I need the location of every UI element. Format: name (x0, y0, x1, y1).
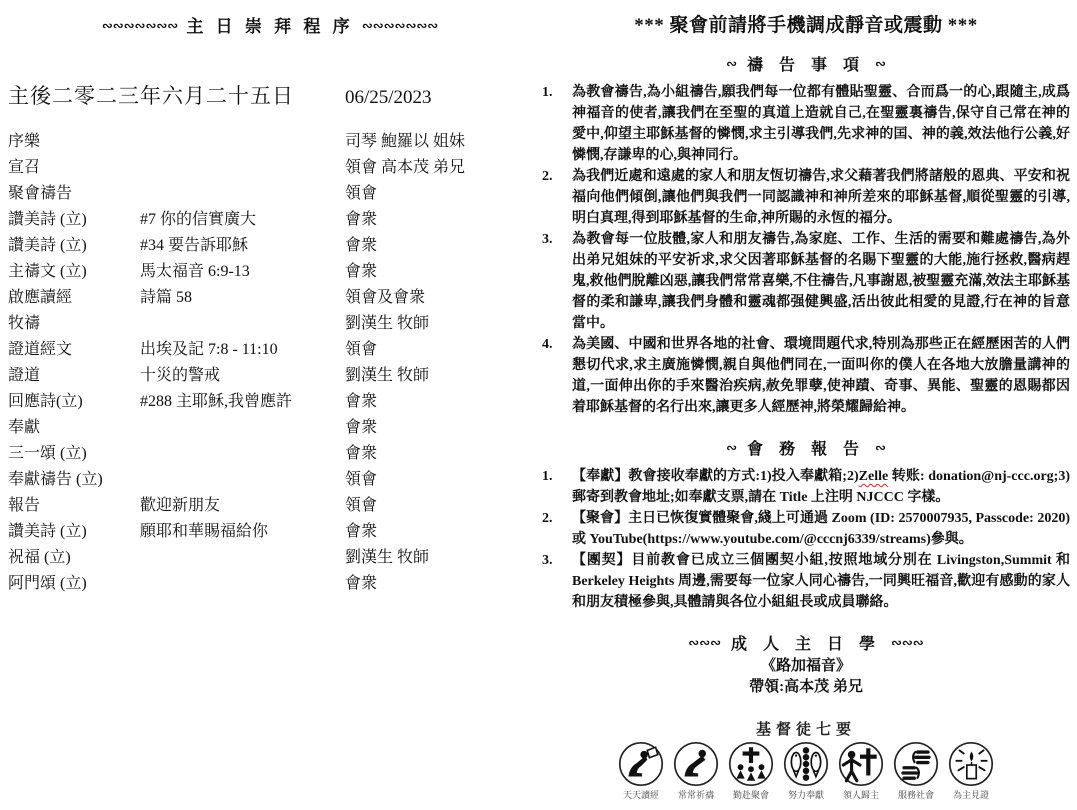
seven-essential-item: 常常祈禱 (671, 741, 721, 801)
program-item-cell: 序樂 (8, 128, 140, 151)
swirl-ornament: ∾ (726, 57, 737, 72)
report-item: 1. 【奉獻】教會接收奉獻的方式:1)投入奉獻箱;2)Zelle 转账: don… (542, 466, 1070, 508)
date-chinese: 主後二零二三年六月二十五日 (8, 80, 345, 110)
swirl-ornament: ∾∾∾ (891, 636, 924, 651)
program-leader-cell: 領會 (345, 336, 536, 359)
program-item-cell: 證道 (8, 362, 140, 385)
program-row: 讚美詩 (立)#7 你的信實廣大會衆 (8, 204, 536, 230)
report-text-segment: 【奉獻】教會接收奉獻的方式:1)投入奉獻箱;2) (572, 469, 859, 484)
program-leader-cell: 會衆 (345, 440, 536, 463)
seven-essential-label: 常常祈禱 (678, 788, 714, 801)
program-item-cell: 主禱文 (立) (8, 258, 140, 281)
list-number: 3. (542, 229, 572, 250)
program-item-cell: 祝福 (立) (8, 544, 140, 567)
date-numeric: 06/25/2023 (345, 87, 532, 109)
program-row: 阿門頌 (立)會衆 (8, 568, 536, 594)
program-item-cell: 牧禱 (8, 310, 140, 333)
program-detail-cell: 出埃及記 7:8 - 11:10 (140, 336, 345, 359)
program-detail-cell: 十災的警戒 (140, 362, 345, 385)
seven-essential-label: 領人歸主 (843, 788, 879, 801)
program-item-cell: 阿門頌 (立) (8, 570, 140, 593)
program-leader-cell: 領會 (345, 466, 536, 489)
swirl-ornament: ∾∾∾∾∾∾∾ (102, 19, 178, 34)
seven-essentials-title: 基督徒七要 (542, 718, 1070, 739)
report-item: 3. 【團契】目前教會已成立三個團契小組,按照地域分別在 Livingston,… (542, 550, 1070, 613)
sunday-school-block: ∾∾∾ 成 人 主 日 學 ∾∾∾ 《路加福音》 帶領:高本茂 弟兄 (542, 634, 1070, 698)
seven-essential-item: 領人歸主 (836, 741, 886, 801)
program-row: 啟應讀經詩篇 58領會及會衆 (8, 282, 536, 308)
program-item-cell: 讚美詩 (立) (8, 232, 140, 255)
sunday-school-header: ∾∾∾ 成 人 主 日 學 ∾∾∾ (542, 634, 1070, 656)
program-item-cell: 回應詩(立) (8, 388, 140, 411)
program-leader-cell: 會衆 (345, 258, 536, 281)
report-item-text: 【聚會】主日已恢復實體聚會,綫上可通過 Zoom (ID: 2570007935… (572, 508, 1070, 550)
program-detail-cell: #288 主耶穌,我曾應許 (140, 388, 345, 411)
program-item-cell: 奉獻禱告 (立) (8, 466, 140, 489)
program-leader-cell: 劉漢生 牧師 (345, 362, 536, 385)
swirl-ornament: ∾∾∾∾∾∾∾ (362, 19, 438, 34)
prayer-section-header: ∾ 禱 告 事 項 ∾ (542, 52, 1070, 75)
program-detail-cell: 詩篇 58 (140, 284, 345, 307)
report-item-text: 【奉獻】教會接收奉獻的方式:1)投入奉獻箱;2)Zelle 转账: donati… (572, 466, 1070, 508)
praying-icon (673, 741, 719, 787)
lead-people-to-christ-icon (838, 741, 884, 787)
program-leader-cell: 領會 高本茂 弟兄 (345, 154, 536, 177)
prayer-item: 2. 為我們近處和遠處的家人和朋友恆切禱告,求父藉著我們將諸般的恩典、平安和祝福… (542, 166, 1070, 229)
seven-essential-item: 努力奉獻 (781, 741, 831, 801)
prayer-list: 1. 為教會禱告,為小組禱告,願我們每一位都有體貼聖靈、合而爲一的心,跟隨主,成… (542, 82, 1070, 418)
seven-essential-label: 努力奉獻 (788, 788, 824, 801)
prayer-item-text: 為教會禱告,為小組禱告,願我們每一位都有體貼聖靈、合而爲一的心,跟隨主,成爲神福… (572, 82, 1070, 166)
candle-witness-icon (948, 741, 994, 787)
program-leader-cell: 劉漢生 牧師 (345, 310, 536, 333)
program-item-cell: 三一頌 (立) (8, 440, 140, 463)
program-leader-cell: 會衆 (345, 206, 536, 229)
program-detail-cell: 馬太福音 6:9-13 (140, 258, 345, 281)
offering-fish-coins-icon (783, 741, 829, 787)
prayer-section-title: 禱 告 事 項 (747, 57, 865, 74)
program-item-cell: 聚會禱告 (8, 180, 140, 203)
announcements-column: *** 聚會前請將手機調成靜音或震動 *** ∾ 禱 告 事 項 ∾ 1. 為教… (542, 10, 1070, 801)
program-detail-cell: #34 要告訴耶穌 (140, 232, 345, 255)
program-item-cell: 奉獻 (8, 414, 140, 437)
list-number: 1. (542, 82, 572, 103)
seven-essential-label: 為主見證 (953, 788, 989, 801)
program-table: 序樂司琴 鮑羅以 姐妹 宣召領會 高本茂 弟兄 聚會禱告領會 讚美詩 (立)#7… (8, 126, 536, 594)
program-row: 報告歡迎新朋友領會 (8, 490, 536, 516)
program-title: 主 日 崇 拜 程 序 (186, 17, 353, 36)
prayer-item: 4. 為美國、中國和世界各地的社會、環境問題代求,特別為那些正在經歷困苦的人們懇… (542, 334, 1070, 418)
seven-essential-label: 天天讀經 (623, 788, 659, 801)
program-leader-cell: 會衆 (345, 414, 536, 437)
worship-program-column: ∾∾∾∾∾∾∾ 主 日 崇 拜 程 序 ∾∾∾∾∾∾∾ 主後二零二三年六月二十五… (0, 0, 540, 810)
report-item: 2. 【聚會】主日已恢復實體聚會,綫上可通過 Zoom (ID: 2570007… (542, 508, 1070, 550)
sunday-school-leader: 帶領:高本茂 弟兄 (542, 677, 1070, 698)
program-row: 讚美詩 (立)#34 要告訴耶穌會衆 (8, 230, 536, 256)
program-detail-cell: 願耶和華賜福給你 (140, 518, 345, 541)
silence-phone-notice: *** 聚會前請將手機調成靜音或震動 *** (542, 10, 1070, 37)
program-item-cell: 宣召 (8, 154, 140, 177)
report-list: 1. 【奉獻】教會接收奉獻的方式:1)投入奉獻箱;2)Zelle 转账: don… (542, 466, 1070, 613)
prayer-item-text: 為教會每一位肢體,家人和朋友禱告,為家庭、工作、生活的需要和難處禱告,為外出弟兄… (572, 229, 1070, 334)
program-item-cell: 證道經文 (8, 336, 140, 359)
program-row: 主禱文 (立)馬太福音 6:9-13會衆 (8, 256, 536, 282)
program-row: 序樂司琴 鮑羅以 姐妹 (8, 126, 536, 152)
program-title-line: ∾∾∾∾∾∾∾ 主 日 崇 拜 程 序 ∾∾∾∾∾∾∾ (0, 12, 540, 37)
program-detail-cell: #7 你的信實廣大 (140, 206, 345, 229)
prayer-item: 1. 為教會禱告,為小組禱告,願我們每一位都有體貼聖靈、合而爲一的心,跟隨主,成… (542, 82, 1070, 166)
program-row: 回應詩(立)#288 主耶穌,我曾應許會衆 (8, 386, 536, 412)
list-number: 4. (542, 334, 572, 355)
swirl-ornament: ∾ (875, 57, 886, 72)
program-row: 證道十災的警戒劉漢生 牧師 (8, 360, 536, 386)
seven-essentials-block: 基督徒七要 天天讀經 常常祈禱 (542, 718, 1070, 801)
program-row: 三一頌 (立)會衆 (8, 438, 536, 464)
program-row: 聚會禱告領會 (8, 178, 536, 204)
report-item-text: 【團契】目前教會已成立三個團契小組,按照地域分別在 Livingston,Sum… (572, 550, 1070, 613)
prayer-item-text: 為我們近處和遠處的家人和朋友恆切禱告,求父藉著我們將諸般的恩典、平安和祝福向他們… (572, 166, 1070, 229)
program-item-cell: 啟應讀經 (8, 284, 140, 307)
program-leader-cell: 會衆 (345, 388, 536, 411)
misspelled-word: Zelle (859, 469, 889, 484)
program-leader-cell: 會衆 (345, 232, 536, 255)
list-number: 3. (542, 550, 572, 571)
program-leader-cell: 會衆 (345, 570, 536, 593)
program-row: 奉獻禱告 (立)領會 (8, 464, 536, 490)
program-leader-cell: 領會 (345, 180, 536, 203)
program-leader-cell: 領會 (345, 492, 536, 515)
seven-essential-item: 服務社會 (891, 741, 941, 801)
program-row: 奉獻會衆 (8, 412, 536, 438)
seven-essentials-icons: 天天讀經 常常祈禱 勤赴聚會 (542, 741, 1070, 801)
program-leader-cell: 領會及會衆 (345, 284, 536, 307)
program-row: 牧禱劉漢生 牧師 (8, 308, 536, 334)
daily-bible-reading-icon (618, 741, 664, 787)
prayer-item: 3. 為教會每一位肢體,家人和朋友禱告,為家庭、工作、生活的需要和難處禱告,為外… (542, 229, 1070, 334)
program-item-cell: 讚美詩 (立) (8, 206, 140, 229)
sunday-school-book: 《路加福音》 (542, 656, 1070, 677)
seven-essential-item: 天天讀經 (616, 741, 666, 801)
swirl-ornament: ∾∾∾ (688, 636, 721, 651)
program-row: 宣召領會 高本茂 弟兄 (8, 152, 536, 178)
program-leader-cell: 司琴 鮑羅以 姐妹 (345, 128, 536, 151)
program-leader-cell: 會衆 (345, 518, 536, 541)
program-detail-cell: 歡迎新朋友 (140, 492, 345, 515)
program-item-cell: 讚美詩 (立) (8, 518, 140, 541)
seven-essential-label: 勤赴聚會 (733, 788, 769, 801)
report-section-header: ∾ 會 務 報 告 ∾ (542, 436, 1070, 459)
swirl-ornament: ∾ (875, 441, 886, 456)
program-leader-cell: 劉漢生 牧師 (345, 544, 536, 567)
list-number: 1. (542, 466, 572, 487)
sunday-school-title: 成 人 主 日 學 (731, 636, 881, 653)
seven-essential-label: 服務社會 (898, 788, 934, 801)
prayer-item-text: 為美國、中國和世界各地的社會、環境問題代求,特別為那些正在經歷困苦的人們懇切代求… (572, 334, 1070, 418)
church-gathering-icon (728, 741, 774, 787)
list-number: 2. (542, 508, 572, 529)
date-row: 主後二零二三年六月二十五日 06/25/2023 (8, 80, 532, 110)
program-item-cell: 報告 (8, 492, 140, 515)
list-number: 2. (542, 166, 572, 187)
program-row: 證道經文出埃及記 7:8 - 11:10領會 (8, 334, 536, 360)
seven-essential-item: 為主見證 (946, 741, 996, 801)
program-row: 讚美詩 (立)願耶和華賜福給你會衆 (8, 516, 536, 542)
seven-essential-item: 勤赴聚會 (726, 741, 776, 801)
report-section-title: 會 務 報 告 (747, 441, 865, 458)
serving-hands-icon (893, 741, 939, 787)
bulletin-page: ∾∾∾∾∾∾∾ 主 日 崇 拜 程 序 ∾∾∾∾∾∾∾ 主後二零二三年六月二十五… (0, 0, 1077, 810)
program-row: 祝福 (立)劉漢生 牧師 (8, 542, 536, 568)
swirl-ornament: ∾ (726, 441, 737, 456)
